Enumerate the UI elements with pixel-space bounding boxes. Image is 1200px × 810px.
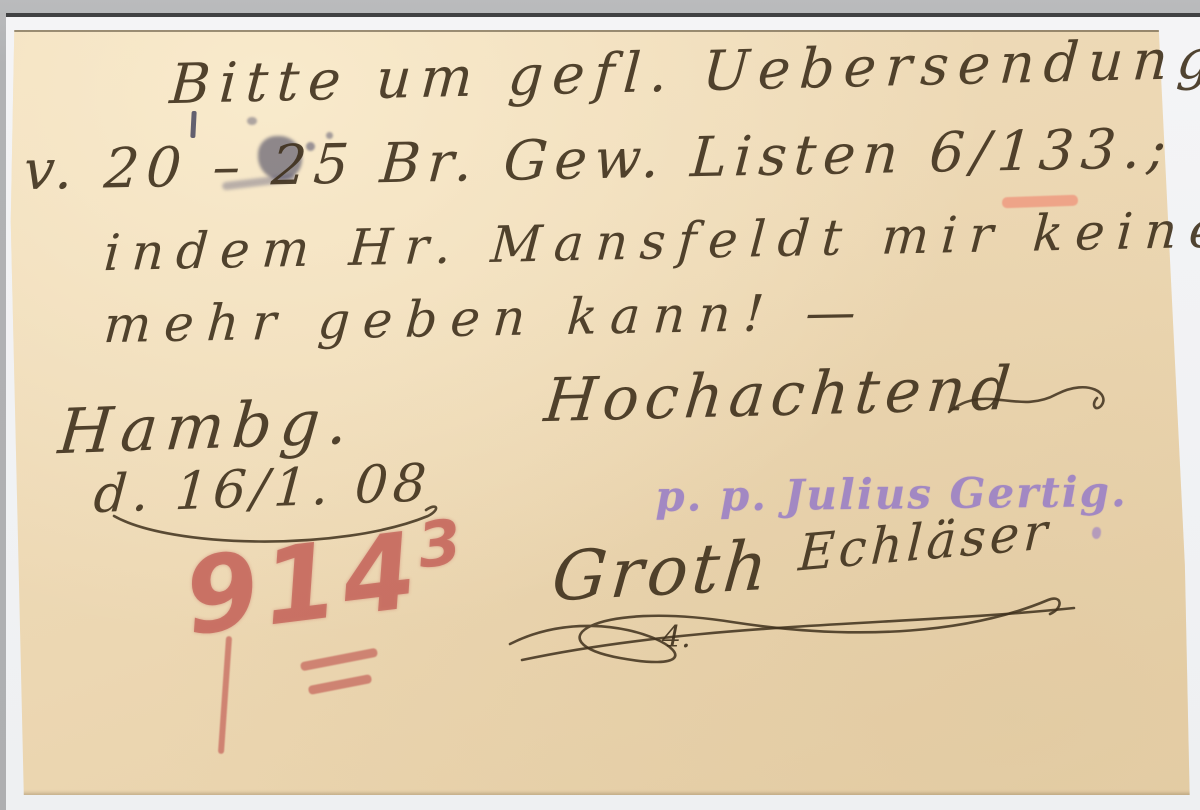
closing-flourish [945, 378, 1130, 428]
crayon-digit: 3 [414, 504, 472, 582]
ink-smudge [247, 117, 257, 125]
crayon-digit: 4 [335, 509, 428, 640]
signature-mark: 4. [662, 620, 691, 655]
crayon-digit: 9 [178, 528, 271, 659]
postcard-photo: Bitte um gefl. Uebersendung v. 20 – 25 B… [0, 0, 1200, 810]
signature-groth: Groth [549, 527, 775, 618]
place-line: Hambg. [56, 385, 359, 469]
crayon-digit: 1 [256, 519, 349, 650]
company-stamp: p. p. Julius Gertig. [655, 467, 1128, 521]
